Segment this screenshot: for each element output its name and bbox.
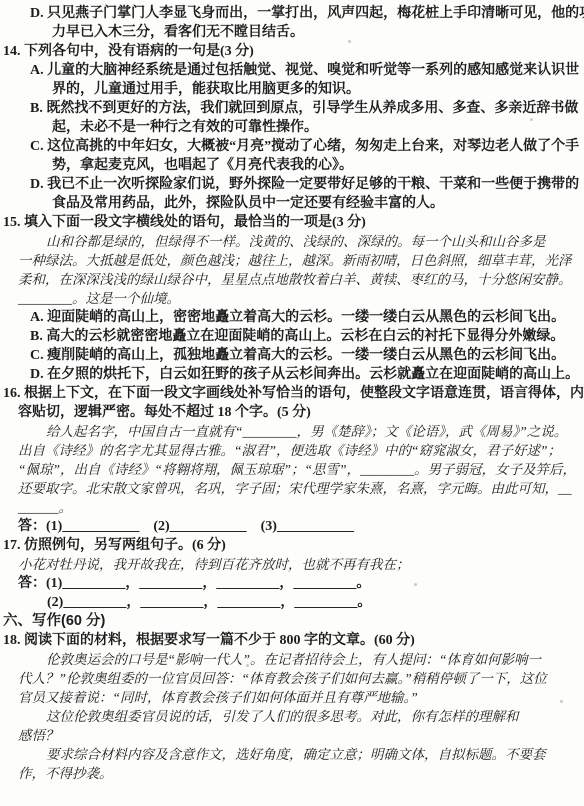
q18-material-line2: 代人？”伦敦奥组委的一位官员回答：“体育教会孩子们如何去赢。”稍稍停顿了一下，这… (0, 669, 584, 688)
q15-passage-line1: 山和谷都是绿的，但绿得不一样。浅黄的、浅绿的、深绿的。每一个山头和山谷多是 (0, 232, 584, 251)
q18-requirement-line1: 要求综合材料内容及含意作文，选好角度，确定立意；明确文体，自拟标题。不要套 (0, 745, 584, 764)
scan-speck (246, 664, 249, 667)
q14-option-a-line2: 界的，儿童通过用手，能获取比用脑更多的知识。 (0, 80, 584, 99)
q18-material-line5: 感悟？ (0, 726, 584, 745)
q17-example-sentence: 小花对牡丹说，我开故我在，待到百花齐放时，也就不再有我在； (0, 555, 584, 574)
q18-material-line3: 官员又接着说：“同时，体育教会孩子们如何体面并且有尊严地输。” (0, 688, 584, 707)
q15-passage-blank-line: ________。这是一个仙境。 (0, 289, 584, 308)
q17-stem: 17. 仿照例句，另写两组句子。(6 分) (0, 536, 584, 555)
q16-passage-line3: “佩琼”，出自《诗经》“将翱将翔，佩玉琼琚”；“思雪”，________。男子弱… (0, 460, 584, 479)
q17-answer-line1: 答：(1)_________，_________，_________，_____… (0, 574, 584, 593)
q15-option-b: B. 高大的云杉就密密地矗立在迎面陡峭的高山上。云杉在白云的衬托下显得分外嫩绿。 (0, 327, 584, 346)
scan-speck (348, 40, 351, 43)
q18-stem: 18. 阅读下面的材料，根据要求写一篇不少于 800 字的文章。(60 分) (0, 631, 584, 650)
q14-option-a-line1: A. 儿童的大脑神经系统是通过包括触觉、视觉、嗅觉和听觉等一系列的感知感觉来认识… (0, 61, 584, 80)
q15-passage-line3: 柔和，在深深浅浅的绿山绿谷中，星星点点地散牧着白羊、黄犊、枣红的马，十分悠闲安静… (0, 270, 584, 289)
q17-answer-line2: (2)_________，_________，_________，_______… (0, 593, 584, 612)
q15-option-c: C. 瘦削陡峭的高山上，孤独地矗立着高大的云杉。一缕一缕白云从黑色的云杉间飞出。 (0, 346, 584, 365)
q13-option-d-line1: D. 只见燕子门掌门人李显飞身而出，一掌打出，风声四起，梅花桩上手印清晰可见，他… (0, 4, 584, 23)
q14-stem: 14. 下列各句中，没有语病的一句是(3 分) (0, 42, 584, 61)
q14-option-c-line1: C. 这位高挑的中年妇女，大概被“月亮”搅动了心绪，匆匆走上台来，对琴边老人做了… (0, 137, 584, 156)
q15-stem: 15. 填入下面一段文字横线处的语句，最恰当的一项是(3 分) (0, 213, 584, 232)
q14-option-d-line1: D. 我已不止一次听探险家们说，野外探险一定要带好足够的干粮、干菜和一些便于携带… (0, 175, 584, 194)
q14-option-b-line1: B. 既然找不到更好的方法，我们就回到原点，引导学生从养成多用、多查、多亲近辞书… (0, 99, 584, 118)
scan-speck (414, 583, 417, 586)
q15-option-d: D. 在夕照的烘托下，白云如狂野的孩子从云杉间奔出。云杉就矗立在迎面陡峭的高山上… (0, 365, 584, 384)
q16-passage-line1: 给人起名字，中国自古一直就有“________，男《楚辞》；文《论语》，武《周易… (0, 422, 584, 441)
exam-page-scan: D. 只见燕子门掌门人李显飞身而出，一掌打出，风声四起，梅花桩上手印清晰可见，他… (0, 0, 584, 806)
scan-speck (530, 118, 533, 121)
section-6-writing-title: 六、写作(60 分) (0, 612, 584, 631)
q16-passage-line2: 出自《诗经》的名字尤其显得古雅。“淑君”，便选取《诗经》中的“窈窕淑女，君子好逑… (0, 441, 584, 460)
q16-passage-line4: 还要取字。北宋散文家曾巩，名巩，字子固；宋代理学家朱熹，名熹，字元晦。由此可知，… (0, 479, 584, 498)
q16-passage-line5: ______。 (0, 498, 584, 517)
q14-option-b-line2: 起，未必不是一种行之有效的可靠性操作。 (0, 118, 584, 137)
q18-material-line4: 这位伦敦奥组委官员说的话，引发了人们的很多思考。对此，你有怎样的理解和 (0, 707, 584, 726)
q18-requirement-line2: 作，不得抄袭。 (0, 764, 584, 783)
q13-option-d-line2: 力早已入木三分，看客们无不瞠目结舌。 (0, 23, 584, 42)
q16-stem-line1: 16. 根据上下文，在下面一段文字画线处补写恰当的语句，使整段文字语意连贯，语言… (0, 384, 584, 403)
scan-speck (560, 700, 563, 703)
q16-stem-line2: 容贴切，逻辑严密。每处不超过 18 个字。(5 分) (0, 403, 584, 422)
q16-answer-blanks: 答：(1)___________ (2)___________ (3)_____… (0, 517, 584, 536)
q14-option-d-line2: 食品及常用药品，此外，探险队员中一定还要有经验丰富的人。 (0, 194, 584, 213)
q15-passage-line2: 一种绿法。大抵越是低处，颜色越浅；越往上，越深。新雨初晴，日色斜照，细草丰茸，光… (0, 251, 584, 270)
q18-material-line1: 伦敦奥运会的口号是“影响一代人”。在记者招待会上，有人提问：“体育如何影响一 (0, 650, 584, 669)
q14-option-c-line2: 势，拿起麦克风，也唱起了《月亮代表我的心》。 (0, 156, 584, 175)
q15-option-a: A. 迎面陡峭的高山上，密密地矗立着高大的云杉。一缕一缕白云从黑色的云杉间飞出。 (0, 308, 584, 327)
